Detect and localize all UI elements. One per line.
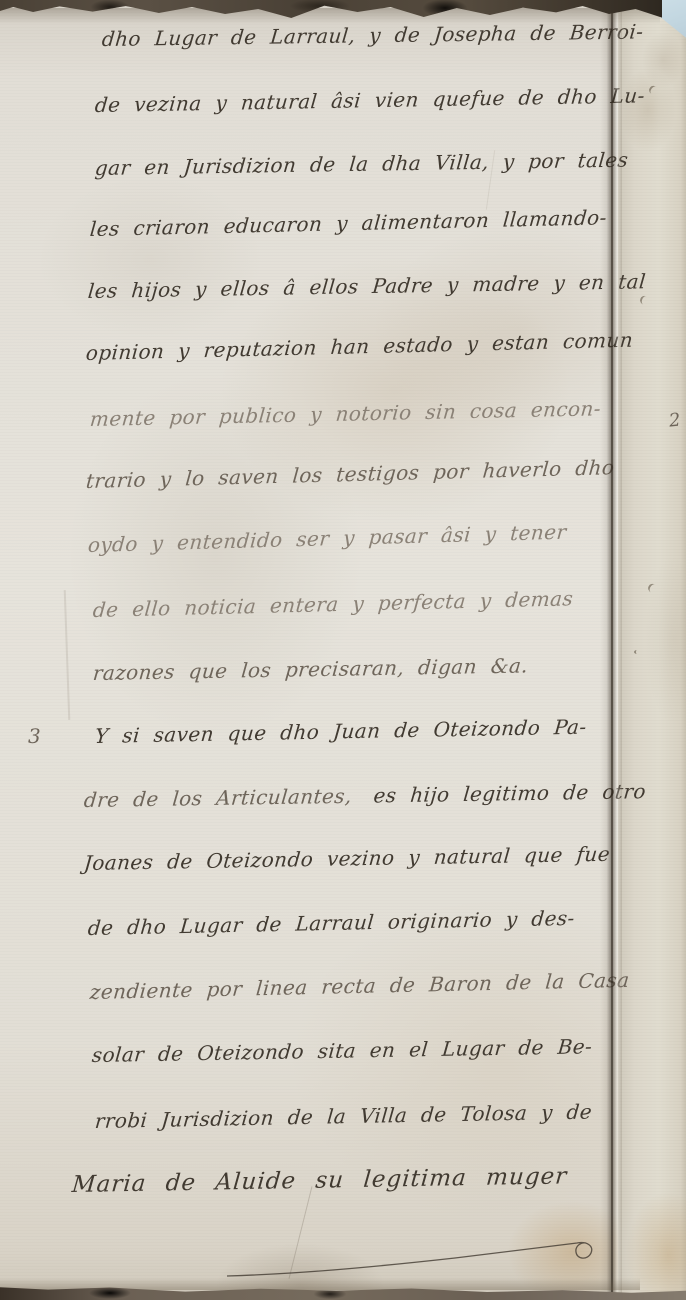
manuscript-line-faded-part: dre de los Articulantes,: [83, 784, 353, 812]
margin-number-adjacent-page: 2: [668, 409, 682, 431]
adjacent-page-edge: [618, 0, 686, 1300]
margin-number: 3: [28, 724, 41, 748]
book-fold-gutter: [600, 0, 622, 1300]
manuscript-photo: 3 2 dho Lugar de Larraul, y de Josepha d…: [0, 0, 686, 1300]
ink-speck: [634, 650, 640, 654]
